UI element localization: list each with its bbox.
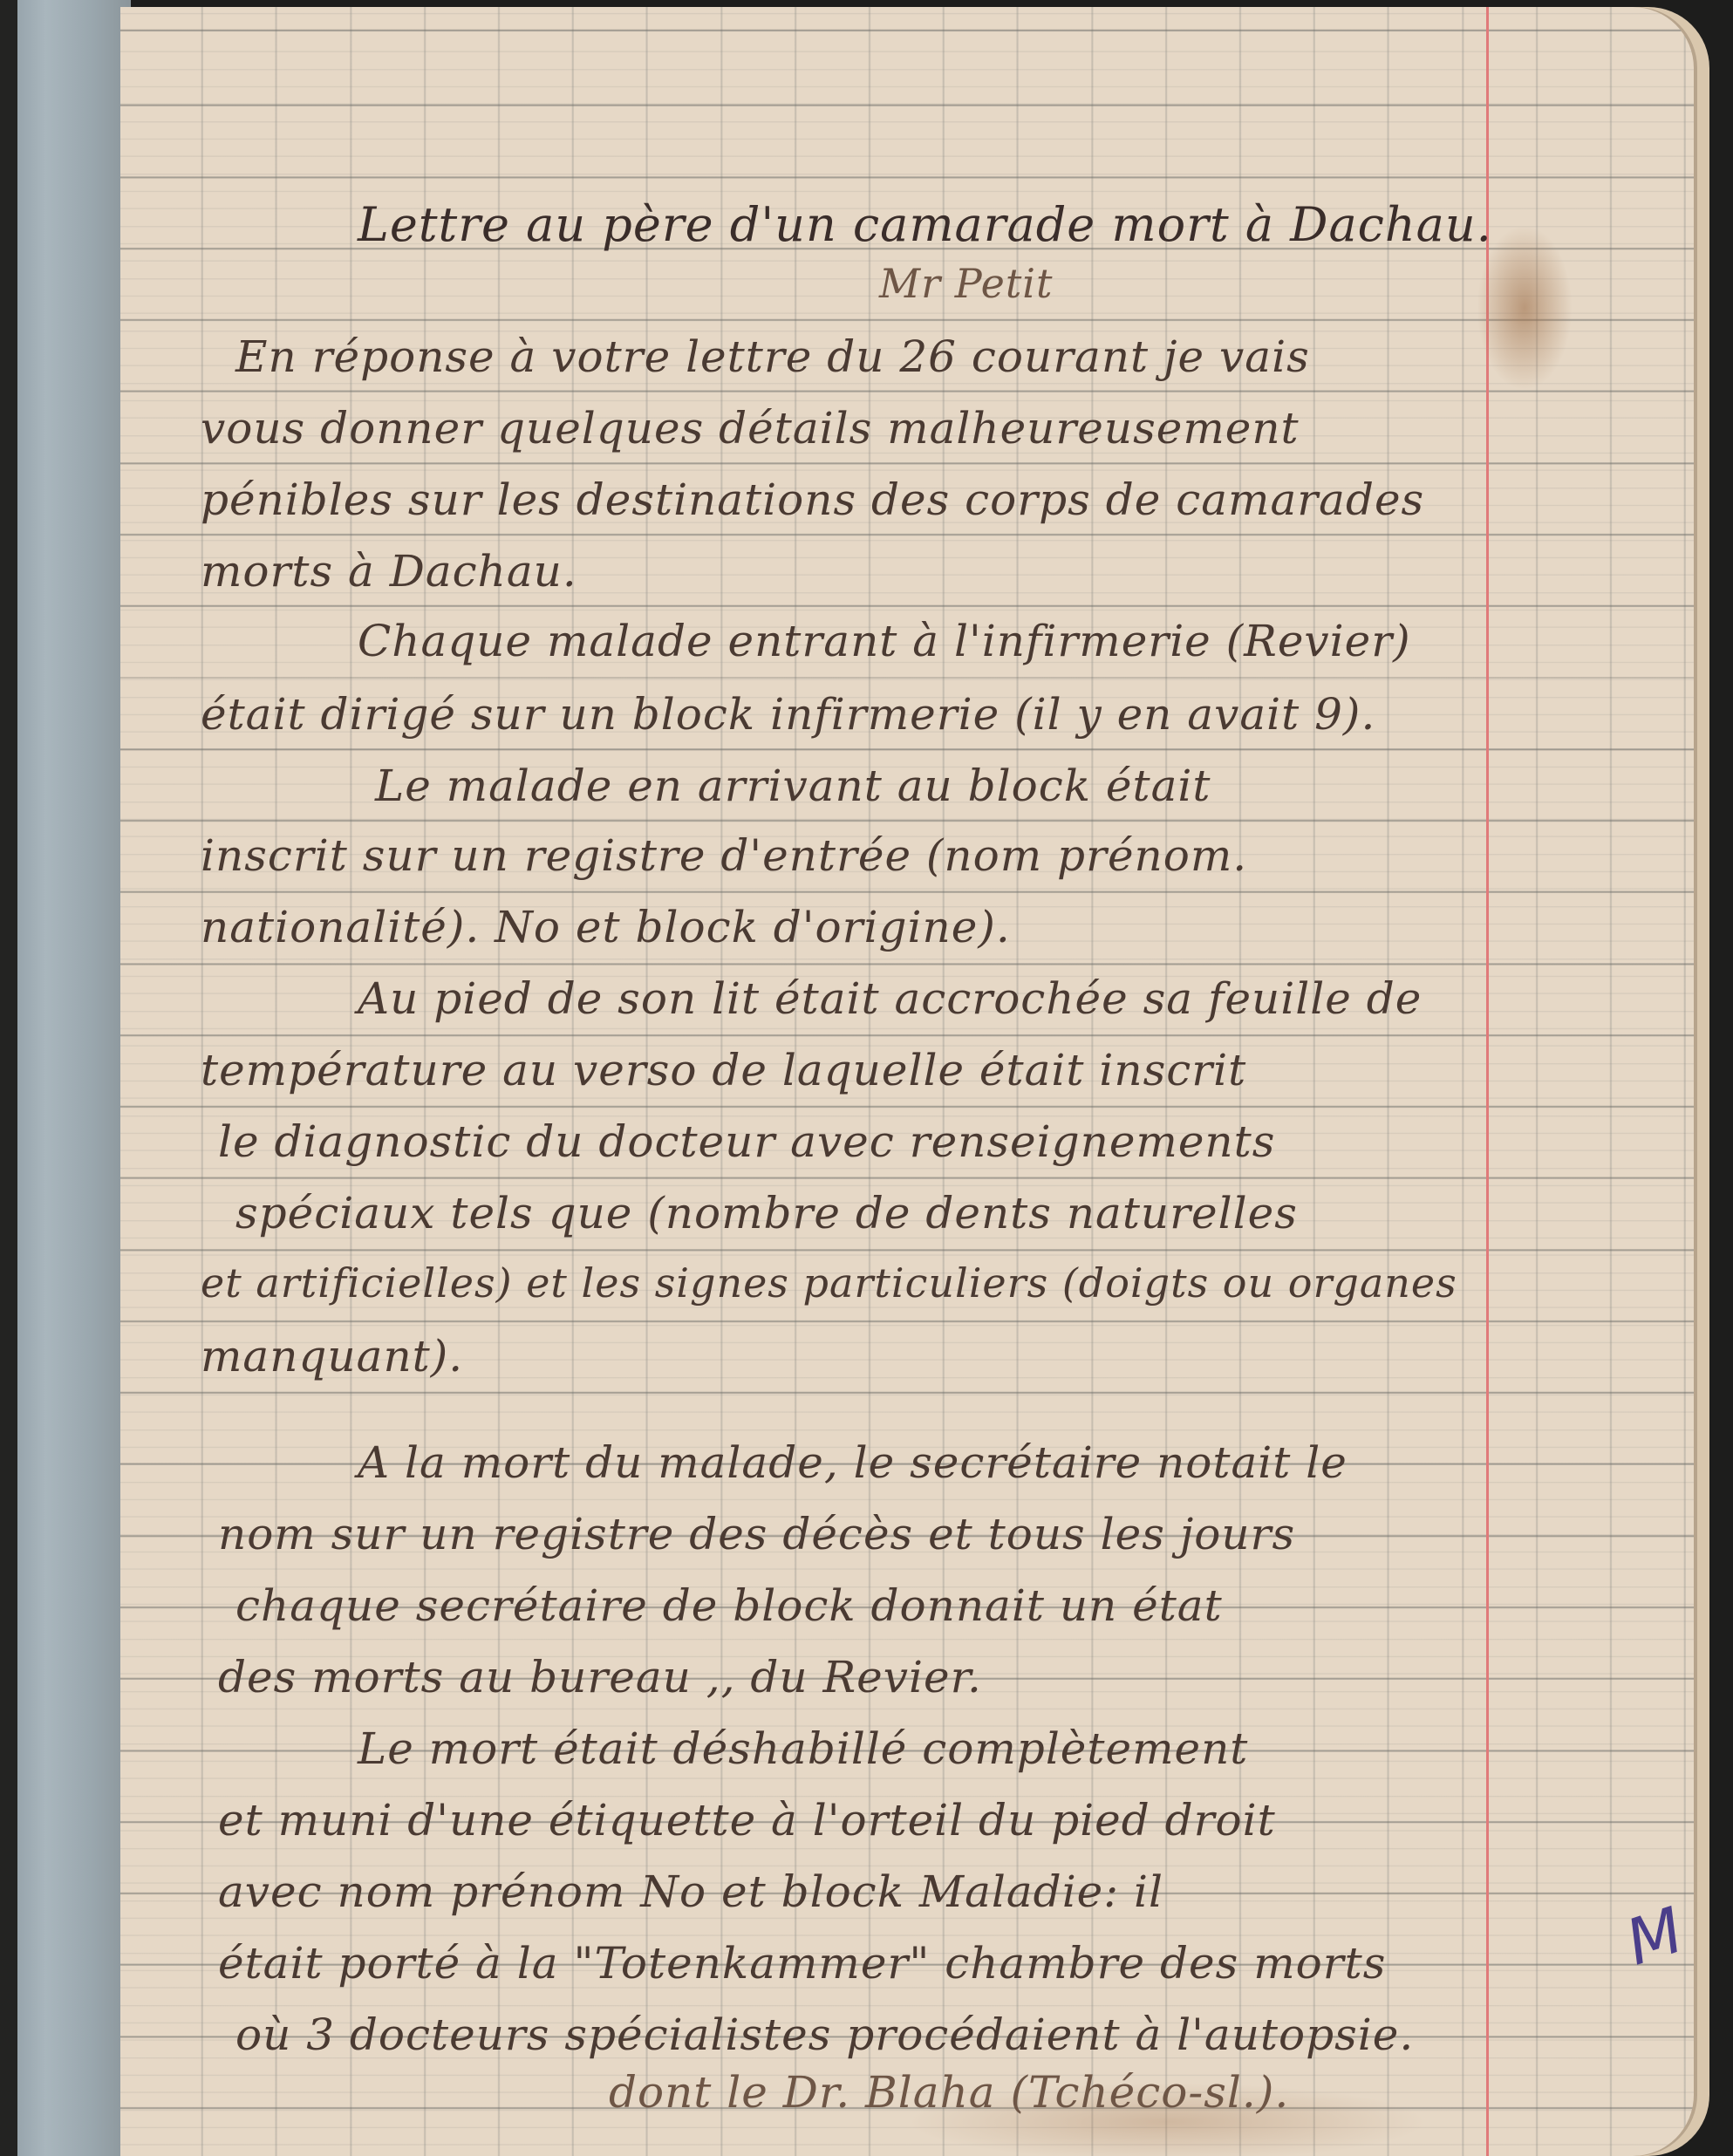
letter-line: température au verso de laquelle était i… [201,1045,1246,1095]
notebook-cover [0,0,131,2156]
notebook-page: Lettre au père d'un camarade mort à Dach… [120,7,1709,2156]
cover-edge-shadow [0,0,17,2156]
letter-line: Le mort était déshabillé complètement [358,1723,1248,1774]
letter-line: Chaque malade entrant à l'infirmerie (Re… [358,616,1411,666]
letter-line: chaque secrétaire de block donnait un ét… [235,1580,1223,1631]
letter-title: Lettre au père d'un camarade mort à Dach… [358,197,1492,252]
letter-line: le diagnostic du docteur avec renseignem… [218,1116,1275,1167]
letter-line: dont le Dr. Blaha (Tchéco-sl.). [609,2067,1289,2118]
letter-line: était porté à la "Totenkammer" chambre d… [218,1938,1386,1989]
letter-line: vous donner quelques détails malheureuse… [201,403,1300,454]
letter-recipient: Mr Petit [879,260,1054,307]
letter-line: A la mort du malade, le secrétaire notai… [358,1437,1348,1488]
letter-line: et artificielles) et les signes particul… [201,1259,1457,1307]
letter-line: où 3 docteurs spécialistes procédaient à… [235,2009,1414,2060]
pencil-margin-mark: M [1618,1893,1692,1979]
letter-line: pénibles sur les destinations des corps … [201,474,1424,525]
letter-line: morts à Dachau. [201,546,577,597]
letter-line: avec nom prénom No et block Maladie: il [218,1866,1163,1917]
letter-line: manquant). [201,1331,463,1382]
letter-line: spéciaux tels que (nombre de dents natur… [235,1188,1298,1238]
letter-line: était dirigé sur un block infirmerie (il… [201,689,1375,740]
letter-line: nationalité). No et block d'origine). [201,902,1011,952]
letter-line: et muni d'une étiquette à l'orteil du pi… [218,1795,1276,1846]
letter-line: des morts au bureau ,, du Revier. [218,1652,982,1702]
letter-line: En réponse à votre lettre du 26 courant … [235,331,1310,382]
letter-line: Le malade en arrivant au block était [375,761,1211,811]
letter-line: nom sur un registre des décès et tous le… [218,1509,1295,1559]
letter-line: Au pied de son lit était accrochée sa fe… [358,973,1422,1024]
letter-line: inscrit sur un registre d'entrée (nom pr… [201,830,1247,881]
